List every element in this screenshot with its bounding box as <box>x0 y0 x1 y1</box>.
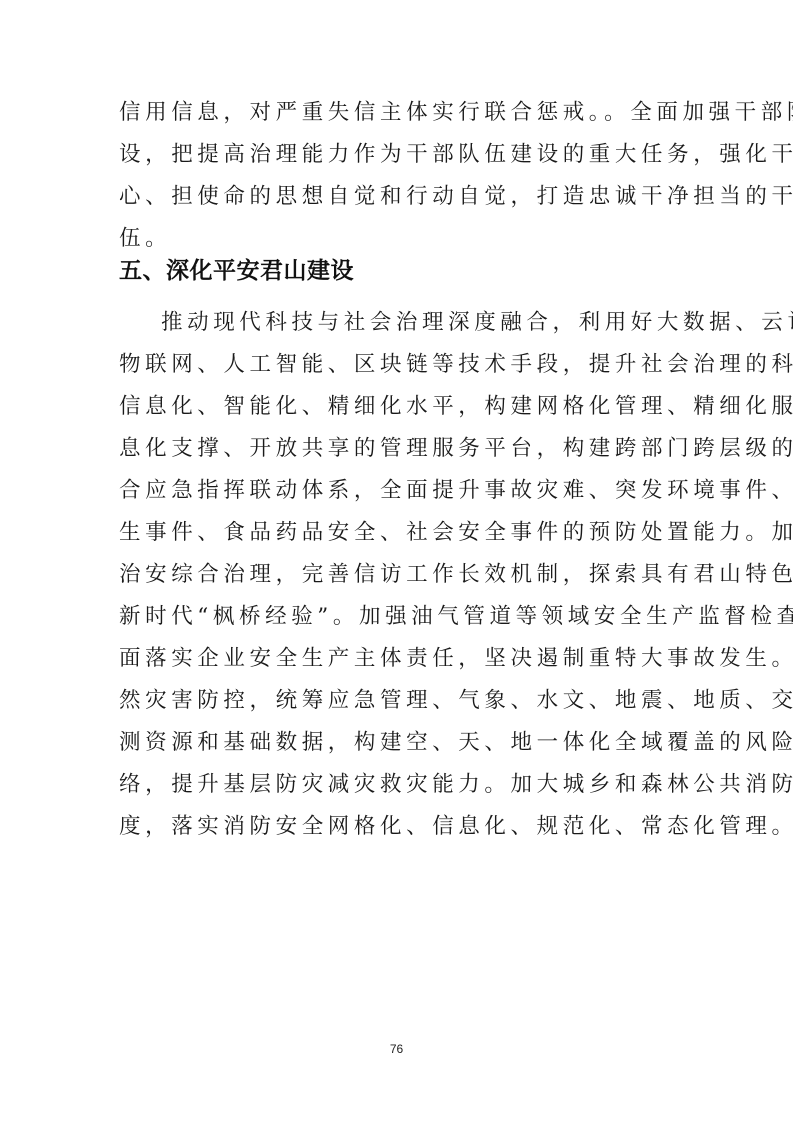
paragraph-line: 治安综合治理，完善信访工作长效机制，探索具有君山特色特点的 <box>119 554 675 596</box>
paragraph-line: 息化支撑、开放共享的管理服务平台，构建跨部门跨层级的政府综 <box>119 428 675 470</box>
paragraph-line: 新时代“枫桥经验”。加强油气管道等领域安全生产监督检查，全 <box>119 596 675 638</box>
paragraph-line: 设，把提高治理能力作为干部队伍建设的重大任务，强化干部守初 <box>119 134 675 176</box>
section-heading: 五、深化平安君山建设 <box>119 252 354 285</box>
paragraph-line: 物联网、人工智能、区块链等技术手段，提升社会治理的科学化、 <box>119 344 675 386</box>
paragraph-line: 推动现代科技与社会治理深度融合，利用好大数据、云计算、 <box>119 302 675 344</box>
paragraph-line: 然灾害防控，统筹应急管理、气象、水文、地震、地质、交通等监 <box>119 680 675 722</box>
paragraph-safe-junshan: 推动现代科技与社会治理深度融合，利用好大数据、云计算、 物联网、人工智能、区块链… <box>119 302 675 848</box>
paragraph-line: 合应急指挥联动体系，全面提升事故灾难、突发环境事件、公共卫 <box>119 470 675 512</box>
paragraph-line: 心、担使命的思想自觉和行动自觉，打造忠诚干净担当的干部队 <box>119 176 675 218</box>
paragraph-cadre-team: 信用信息，对严重失信主体实行联合惩戒。。全面加强干部队伍建 设，把提高治理能力作… <box>119 92 675 260</box>
paragraph-line: 度，落实消防安全网格化、信息化、规范化、常态化管理。 <box>119 806 675 848</box>
paragraph-line: 信息化、智能化、精细化水平，构建网格化管理、精细化服务、信 <box>119 386 675 428</box>
paragraph-line: 测资源和基础数据，构建空、天、地一体化全域覆盖的风险监测网 <box>119 722 675 764</box>
paragraph-line: 面落实企业安全生产主体责任，坚决遏制重特大事故发生。加强自 <box>119 638 675 680</box>
page-number: 76 <box>0 1042 793 1056</box>
document-page: 信用信息，对严重失信主体实行联合惩戒。。全面加强干部队伍建 设，把提高治理能力作… <box>0 0 793 1122</box>
paragraph-line: 络，提升基层防灾减灾救灾能力。加大城乡和森林公共消防工作力 <box>119 764 675 806</box>
paragraph-line: 生事件、食品药品安全、社会安全事件的预防处置能力。加强社会 <box>119 512 675 554</box>
paragraph-line: 信用信息，对严重失信主体实行联合惩戒。。全面加强干部队伍建 <box>119 92 675 134</box>
